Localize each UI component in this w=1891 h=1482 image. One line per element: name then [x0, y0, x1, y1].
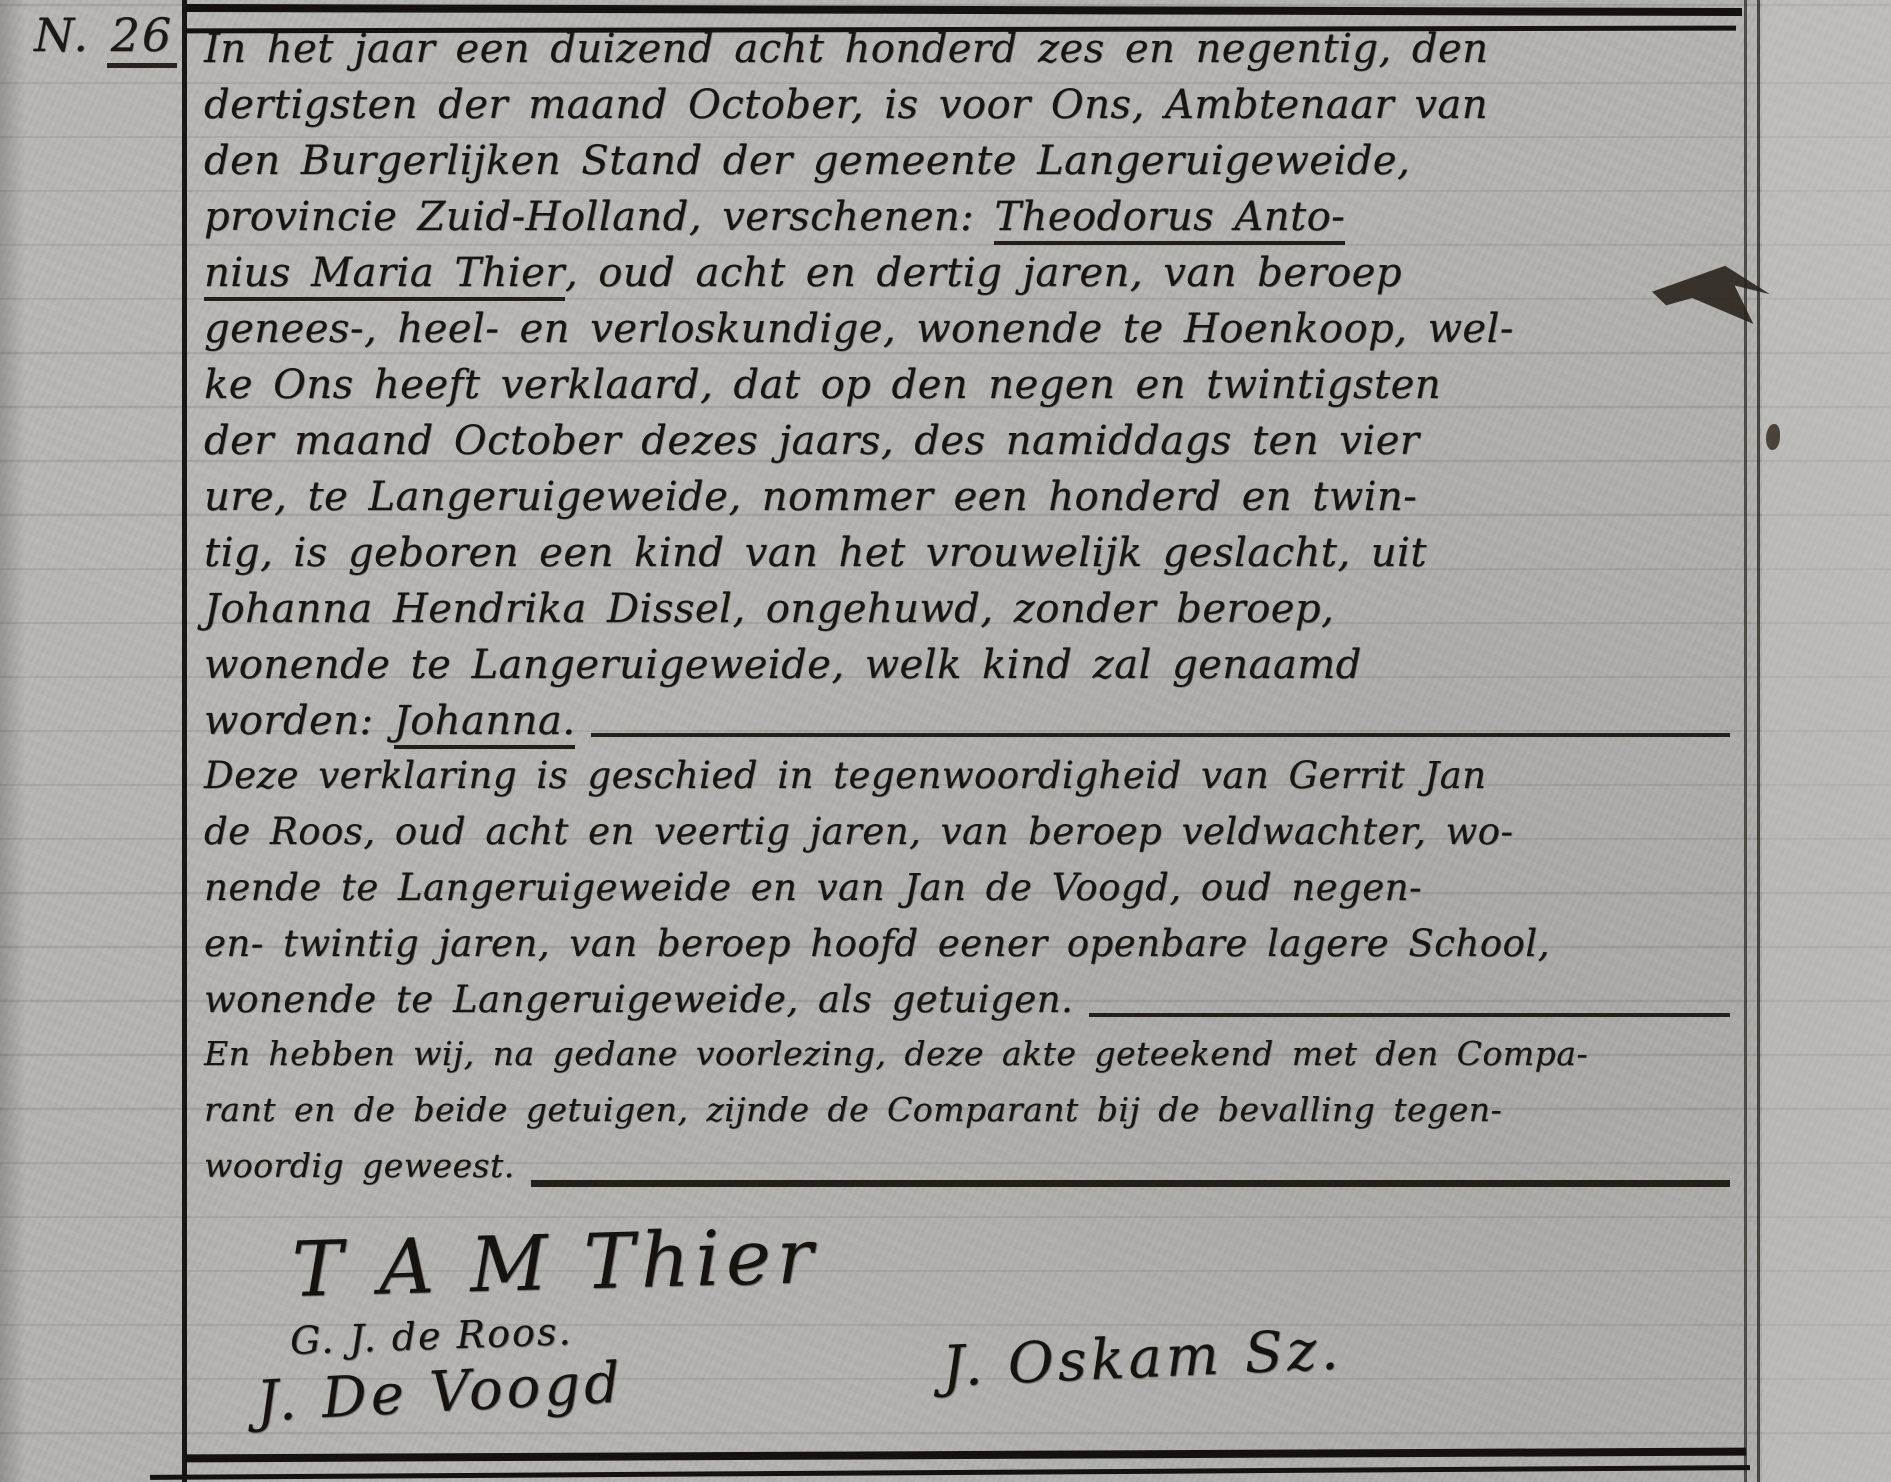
record-line: den Burgerlijken Stand der gemeente Lang…: [204, 138, 1740, 194]
line-text: In het jaar een duizend acht honderd zes…: [204, 26, 1488, 72]
line-text: provincie Zuid-Holland, verschenen:: [204, 194, 994, 240]
record-line: rant en de beide getuigen, zijnde de Com…: [204, 1090, 1740, 1146]
line-text: dertigsten der maand October, is voor On…: [204, 82, 1488, 128]
line-text: der maand October dezes jaars, des namid…: [204, 418, 1419, 464]
filler-rule: [531, 1180, 1730, 1187]
filler-rule: [591, 733, 1730, 737]
record-line: ure, te Langeruigeweide, nommer een hond…: [204, 474, 1740, 530]
record-line: En hebben wij, na gedane voorlezing, dez…: [204, 1034, 1740, 1090]
right-double-rule-inner: [1757, 0, 1760, 1482]
act-number-value: 26: [107, 8, 178, 68]
bottom-border-rule-1: [186, 1448, 1746, 1463]
signature-declarant-thier: T A M Thier: [291, 1211, 820, 1314]
line-text: , oud acht en dertig jaren, van beroep: [565, 250, 1402, 296]
record-line: In het jaar een duizend acht honderd zes…: [204, 26, 1740, 82]
record-line: de Roos, oud acht en veertig jaren, van …: [204, 810, 1740, 866]
line-text: En hebben wij, na gedane voorlezing, dez…: [204, 1034, 1588, 1073]
record-line: tig, is geboren een kind van het vrouwel…: [204, 530, 1740, 586]
line-text: Deze verklaring is geschied in tegenwoor…: [204, 754, 1486, 797]
filler-rule: [1089, 1013, 1730, 1017]
line-text: rant en de beide getuigen, zijnde de Com…: [204, 1090, 1502, 1129]
record-line: wonende te Langeruigeweide, als getuigen…: [204, 978, 1740, 1034]
act-number: N. 26: [34, 8, 177, 62]
record-line: der maand October dezes jaars, des namid…: [204, 418, 1740, 474]
line-text: genees-, heel- en verloskundige, wonende…: [204, 306, 1514, 352]
record-line: provincie Zuid-Holland, verschenen: Theo…: [204, 194, 1740, 250]
line-text: ke Ons heeft verklaard, dat op den negen…: [204, 362, 1441, 408]
line-text: woordig geweest.: [204, 1146, 515, 1185]
line-text: nende te Langeruigeweide en van Jan de V…: [204, 866, 1422, 909]
signature-registrar-oskam: J. Oskam Sz.: [941, 1317, 1344, 1399]
record-line: dertigsten der maand October, is voor On…: [204, 82, 1740, 138]
emphasized-name: Theodorus Anto-: [994, 194, 1345, 245]
bottom-border-rule-2: [150, 1465, 1750, 1480]
signature-witness-de-voogd: J. De Voogd: [255, 1350, 626, 1434]
line-text: worden:: [204, 698, 394, 744]
line-text: de Roos, oud acht en veertig jaren, van …: [204, 810, 1513, 853]
record-line: worden: Johanna.: [204, 698, 1740, 754]
line-text: tig, is geboren een kind van het vrouwel…: [204, 530, 1427, 576]
page-left-edge-shadow: [0, 0, 26, 1482]
scanned-birth-act-page: N. 26 In het jaar een duizend acht honde…: [0, 0, 1891, 1482]
emphasized-name: nius Maria Thier: [204, 250, 565, 301]
record-line: ke Ons heeft verklaard, dat op den negen…: [204, 362, 1740, 418]
right-margin-paper: [1762, 0, 1891, 1482]
line-text: wonende te Langeruigeweide, welk kind za…: [204, 642, 1362, 688]
record-line: genees-, heel- en verloskundige, wonende…: [204, 306, 1740, 362]
left-margin-rule: [182, 0, 187, 1482]
record-line: nende te Langeruigeweide en van Jan de V…: [204, 866, 1740, 922]
line-text: wonende te Langeruigeweide, als getuigen…: [204, 978, 1073, 1021]
line-text: Johanna Hendrika Dissel, ongehuwd, zonde…: [204, 586, 1334, 632]
record-line: nius Maria Thier, oud acht en dertig jar…: [204, 250, 1740, 306]
line-text: en- twintig jaren, van beroep hoofd eene…: [204, 922, 1550, 965]
act-number-label: N.: [34, 8, 90, 62]
record-line: wonende te Langeruigeweide, welk kind za…: [204, 642, 1740, 698]
act-body-text: In het jaar een duizend acht honderd zes…: [204, 26, 1740, 1202]
line-text: den Burgerlijken Stand der gemeente Lang…: [204, 138, 1410, 184]
line-text: ure, te Langeruigeweide, nommer een hond…: [204, 474, 1417, 520]
record-line: woordig geweest.: [204, 1146, 1740, 1202]
record-line: Johanna Hendrika Dissel, ongehuwd, zonde…: [204, 586, 1740, 642]
top-border-rule-1: [186, 4, 1742, 16]
emphasized-name: Johanna.: [394, 698, 576, 749]
record-line: en- twintig jaren, van beroep hoofd eene…: [204, 922, 1740, 978]
record-line: Deze verklaring is geschied in tegenwoor…: [204, 754, 1740, 810]
right-double-rule-outer: [1744, 0, 1747, 1482]
